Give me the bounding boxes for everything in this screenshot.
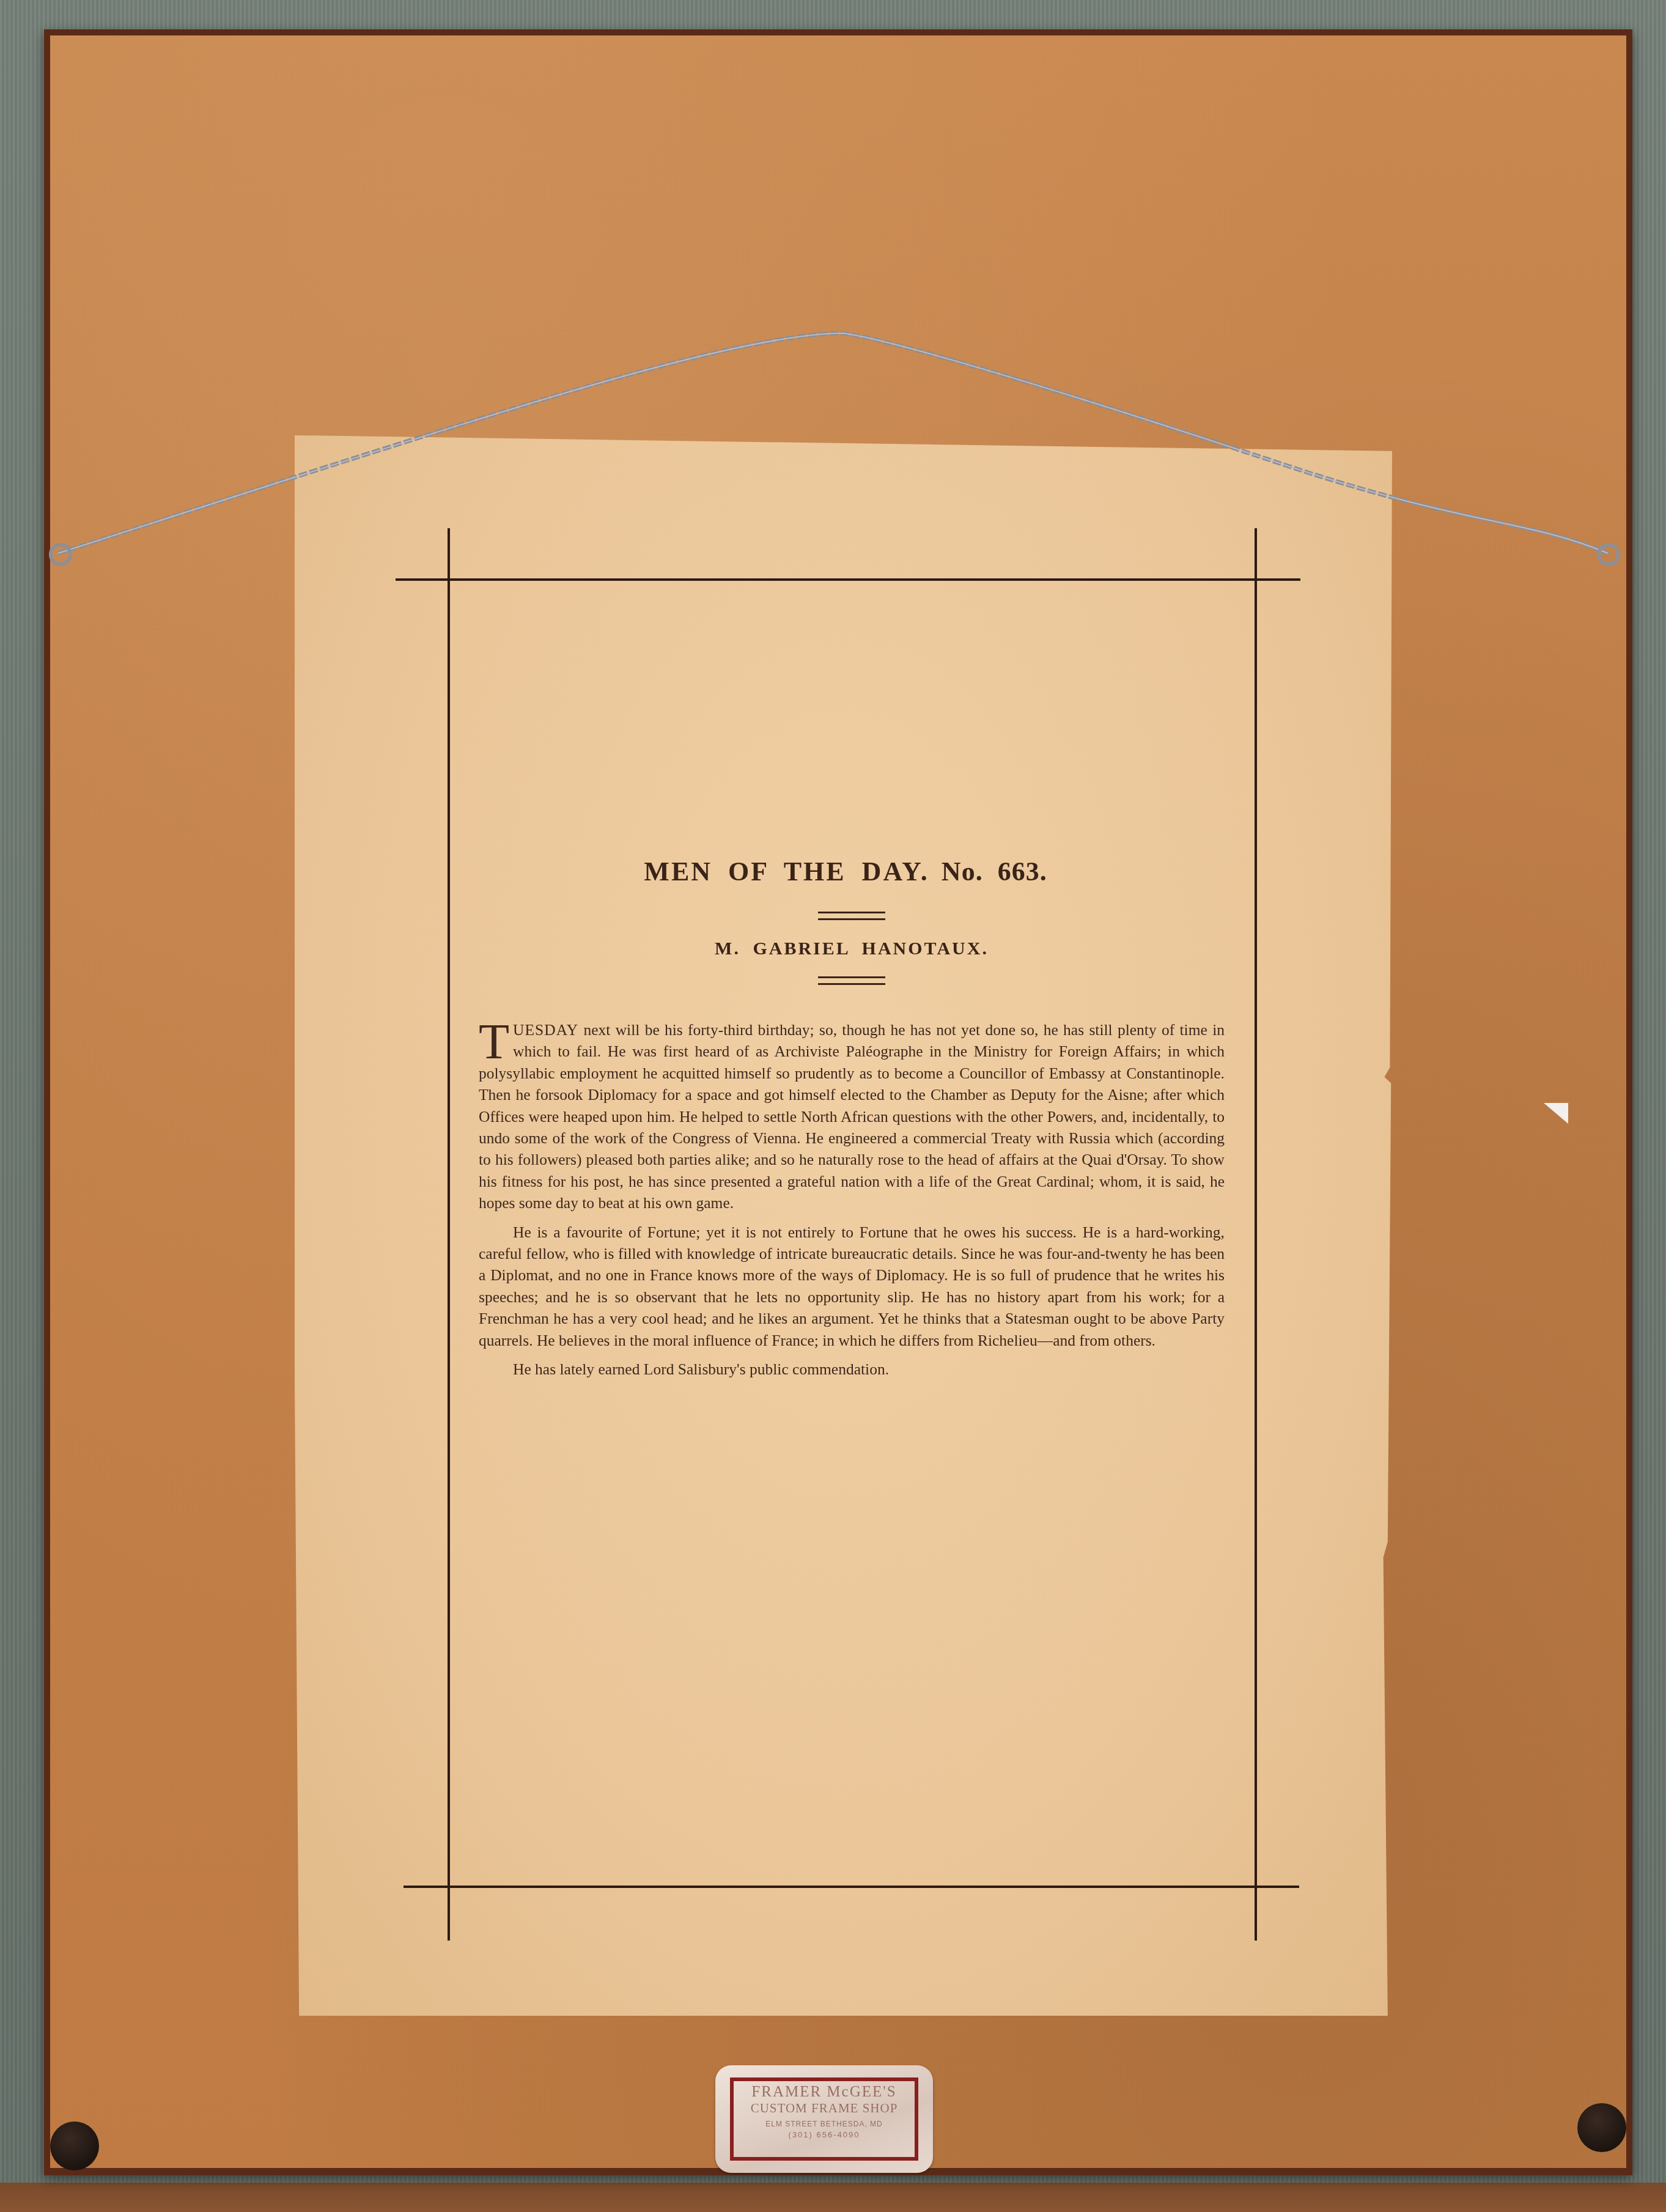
double-rule-divider [818, 912, 885, 920]
article-body: TUESDAY next will be his forty-third bir… [479, 1019, 1225, 1381]
paragraph: He is a favourite of Fortune; yet it is … [479, 1222, 1225, 1351]
lead-in-caps: UESDAY [513, 1021, 578, 1039]
series-title: MEN OF THE DAY. [644, 857, 929, 887]
issue-number: No. 663. [942, 857, 1047, 887]
border-rule-bottom [404, 1886, 1299, 1888]
paragraph: He has lately earned Lord Salisbury's pu… [479, 1359, 1225, 1380]
wood-floor [0, 2183, 1666, 2212]
label-text: FRAMER McGEE'S CUSTOM FRAME SHOP ELM STR… [739, 2084, 910, 2155]
double-rule-divider [818, 976, 885, 985]
d-ring-hook-right [1597, 543, 1620, 566]
d-ring-hook-left [49, 543, 72, 566]
shop-name: FRAMER McGEE'S [739, 2084, 910, 2101]
shop-tagline: CUSTOM FRAME SHOP [739, 2101, 910, 2115]
shop-phone: (301) 656-4090 [739, 2130, 910, 2140]
drop-cap: T [479, 1022, 509, 1062]
border-rule-right [1255, 528, 1257, 1941]
paragraph: TUESDAY next will be his forty-third bir… [479, 1019, 1225, 1214]
shop-address: ELM STREET BETHESDA, MD [739, 2118, 910, 2130]
bumper-pad-bottom-right [1577, 2103, 1626, 2152]
subject-name: M. GABRIEL HANOTAUX. [479, 938, 1225, 959]
border-rule-top [396, 578, 1300, 581]
page-title: MEN OF THE DAY.No. 663. [466, 856, 1225, 887]
article: MEN OF THE DAY.No. 663. M. GABRIEL HANOT… [479, 856, 1225, 1381]
bumper-pad-bottom-left [50, 2122, 99, 2170]
paragraph-text: next will be his forty-third birthday; s… [479, 1021, 1225, 1212]
frame-shop-label: FRAMER McGEE'S CUSTOM FRAME SHOP ELM STR… [715, 2065, 933, 2173]
border-rule-left [448, 528, 450, 1941]
